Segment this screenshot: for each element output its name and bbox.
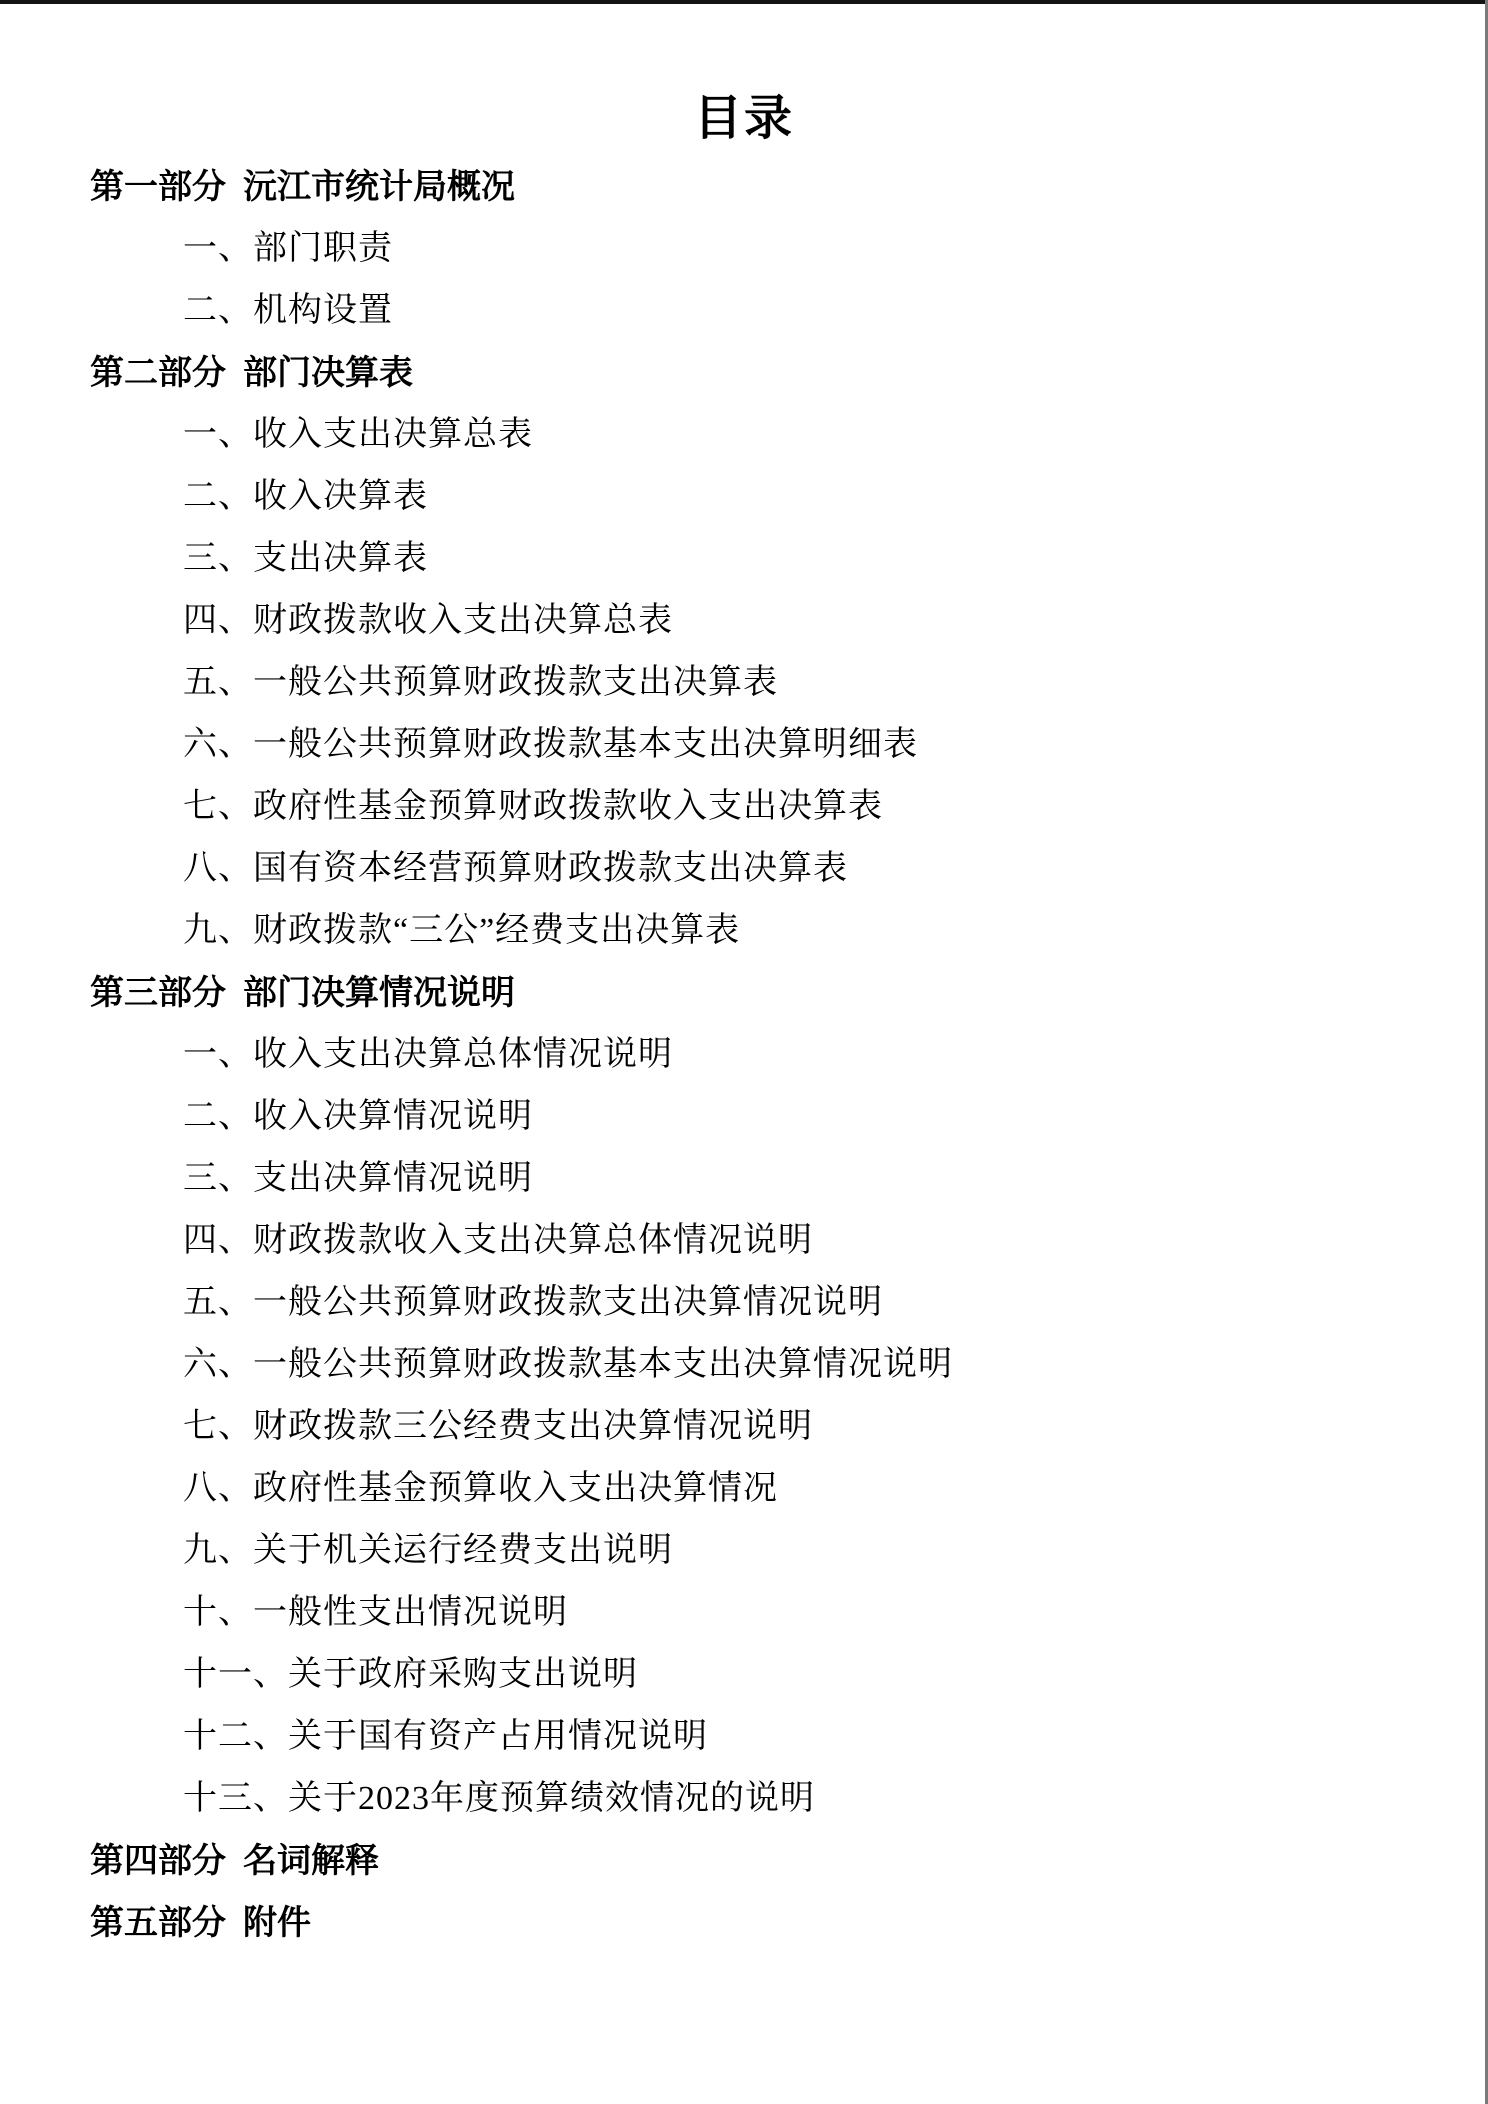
section-title: 附件 bbox=[243, 1904, 311, 1942]
toc-item: 七、政府性基金预算财政拨款收入支出决算表 bbox=[0, 776, 1488, 838]
toc-item: 一、收入支出决算总体情况说明 bbox=[0, 1024, 1488, 1086]
toc-item: 八、国有资本经营预算财政拨款支出决算表 bbox=[0, 838, 1488, 900]
toc-item: 二、收入决算情况说明 bbox=[0, 1086, 1488, 1148]
section-label: 第三部分 bbox=[90, 974, 226, 1012]
toc-item: 九、财政拨款“三公”经费支出决算表 bbox=[0, 900, 1488, 962]
toc-item: 十一、关于政府采购支出说明 bbox=[0, 1644, 1488, 1706]
toc-item: 四、财政拨款收入支出决算总体情况说明 bbox=[0, 1210, 1488, 1272]
section-title: 名词解释 bbox=[243, 1842, 379, 1880]
toc-item: 八、政府性基金预算收入支出决算情况 bbox=[0, 1458, 1488, 1520]
toc-item: 三、支出决算表 bbox=[0, 528, 1488, 590]
toc-section-heading-4: 第四部分名词解释 bbox=[0, 1830, 1488, 1892]
toc-item: 一、收入支出决算总表 bbox=[0, 404, 1488, 466]
toc-section-heading-3: 第三部分部门决算情况说明 bbox=[0, 962, 1488, 1024]
toc-item: 十二、关于国有资产占用情况说明 bbox=[0, 1706, 1488, 1768]
toc-item: 六、一般公共预算财政拨款基本支出决算情况说明 bbox=[0, 1334, 1488, 1396]
toc-section-heading-5: 第五部分附件 bbox=[0, 1892, 1488, 1954]
toc-item: 六、一般公共预算财政拨款基本支出决算明细表 bbox=[0, 714, 1488, 776]
toc-item: 七、财政拨款三公经费支出决算情况说明 bbox=[0, 1396, 1488, 1458]
table-of-contents: 第一部分沅江市统计局概况 一、部门职责 二、机构设置 第二部分部门决算表 一、收… bbox=[0, 156, 1488, 1954]
section-title: 部门决算情况说明 bbox=[243, 974, 515, 1012]
section-label: 第一部分 bbox=[90, 168, 226, 206]
toc-section-heading-1: 第一部分沅江市统计局概况 bbox=[0, 156, 1488, 218]
toc-section-heading-2: 第二部分部门决算表 bbox=[0, 342, 1488, 404]
page-title: 目录 bbox=[0, 90, 1488, 148]
section-label: 第五部分 bbox=[90, 1904, 226, 1942]
toc-item: 九、关于机关运行经费支出说明 bbox=[0, 1520, 1488, 1582]
section-label: 第四部分 bbox=[90, 1842, 226, 1880]
toc-item: 十三、关于2023年度预算绩效情况的说明 bbox=[0, 1768, 1488, 1830]
section-title: 部门决算表 bbox=[243, 354, 413, 392]
toc-item: 五、一般公共预算财政拨款支出决算表 bbox=[0, 652, 1488, 714]
toc-item: 二、收入决算表 bbox=[0, 466, 1488, 528]
section-label: 第二部分 bbox=[90, 354, 226, 392]
toc-item: 一、部门职责 bbox=[0, 218, 1488, 280]
toc-item: 四、财政拨款收入支出决算总表 bbox=[0, 590, 1488, 652]
toc-item: 三、支出决算情况说明 bbox=[0, 1148, 1488, 1210]
page-top-border bbox=[0, 0, 1488, 4]
toc-item: 十、一般性支出情况说明 bbox=[0, 1582, 1488, 1644]
toc-item: 二、机构设置 bbox=[0, 280, 1488, 342]
section-title: 沅江市统计局概况 bbox=[243, 168, 515, 206]
document-page: 目录 第一部分沅江市统计局概况 一、部门职责 二、机构设置 第二部分部门决算表 … bbox=[0, 0, 1488, 2104]
toc-item: 五、一般公共预算财政拨款支出决算情况说明 bbox=[0, 1272, 1488, 1334]
